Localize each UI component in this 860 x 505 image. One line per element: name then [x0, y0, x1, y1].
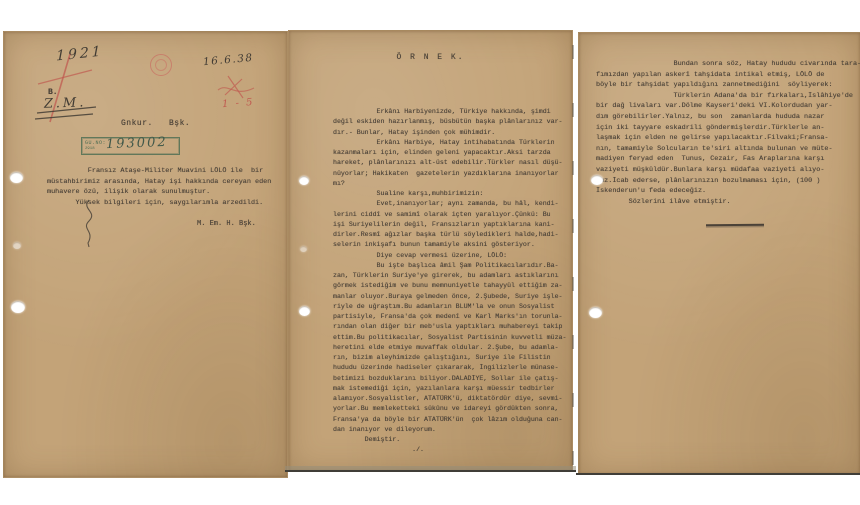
punch-hole — [10, 172, 23, 183]
red-signature-scribble — [218, 88, 254, 92]
red-pencil-note: 1 - 5 — [222, 97, 255, 110]
handwritten-date: 16.6.38 — [203, 52, 254, 68]
document-page-right: Bundan sonra söz, Hatay hududu civarında… — [578, 32, 860, 475]
handwritten-year: 1921 — [56, 43, 103, 64]
document-page-left: 1921 16.6.38 1 - 5 B. Z.M. Gnkur. Bşk. G… — [3, 31, 288, 478]
document-page-middle: Ö R N E K. Erkânı Harbiyenizde, Türkiye … — [288, 30, 573, 472]
office-abbreviation-gnkur: Gnkur. — [121, 119, 153, 128]
page-edge-shadow — [572, 45, 574, 465]
scan-edge-line-middle — [285, 470, 576, 472]
registry-small-number: 2918 — [85, 147, 95, 151]
punch-hole — [299, 176, 309, 185]
punch-hole — [299, 306, 310, 316]
registry-number-stamp: GU.NO: 2918 193002 — [81, 137, 180, 155]
red-seal-stamp-icon — [150, 54, 172, 76]
punch-hole — [591, 175, 603, 185]
scan-edge-line-right — [576, 473, 860, 475]
signature-block: M. Em. H. Bşk. — [197, 220, 256, 228]
page-title-ornek: Ö R N E K. — [289, 53, 572, 62]
punch-hole — [300, 246, 307, 252]
transcript-continuation-body: Bundan sonra söz, Hatay hududu civarında… — [596, 59, 860, 207]
punch-hole — [589, 307, 602, 318]
red-cross-stroke — [38, 70, 92, 84]
transcript-body: Erkânı Harbiyenizde, Türkiye hakkında, ş… — [333, 107, 566, 456]
scanned-archive-sheet: { "background_color": "#ffffff", "colors… — [0, 0, 860, 505]
red-check-mark — [225, 76, 243, 98]
cover-letter-body: Fransız Ataşe-Militer Muavini LÖLÖ ile b… — [47, 166, 271, 209]
registry-label: GU.NO: — [85, 140, 106, 146]
handwritten-initials: Z.M. — [44, 95, 87, 111]
hand-drawn-end-rule — [706, 224, 764, 227]
punch-hole — [13, 242, 21, 249]
registry-handwritten-number: 193002 — [106, 135, 168, 152]
office-abbreviation-bsk: Bşk. — [169, 119, 190, 128]
punch-hole — [11, 301, 25, 313]
